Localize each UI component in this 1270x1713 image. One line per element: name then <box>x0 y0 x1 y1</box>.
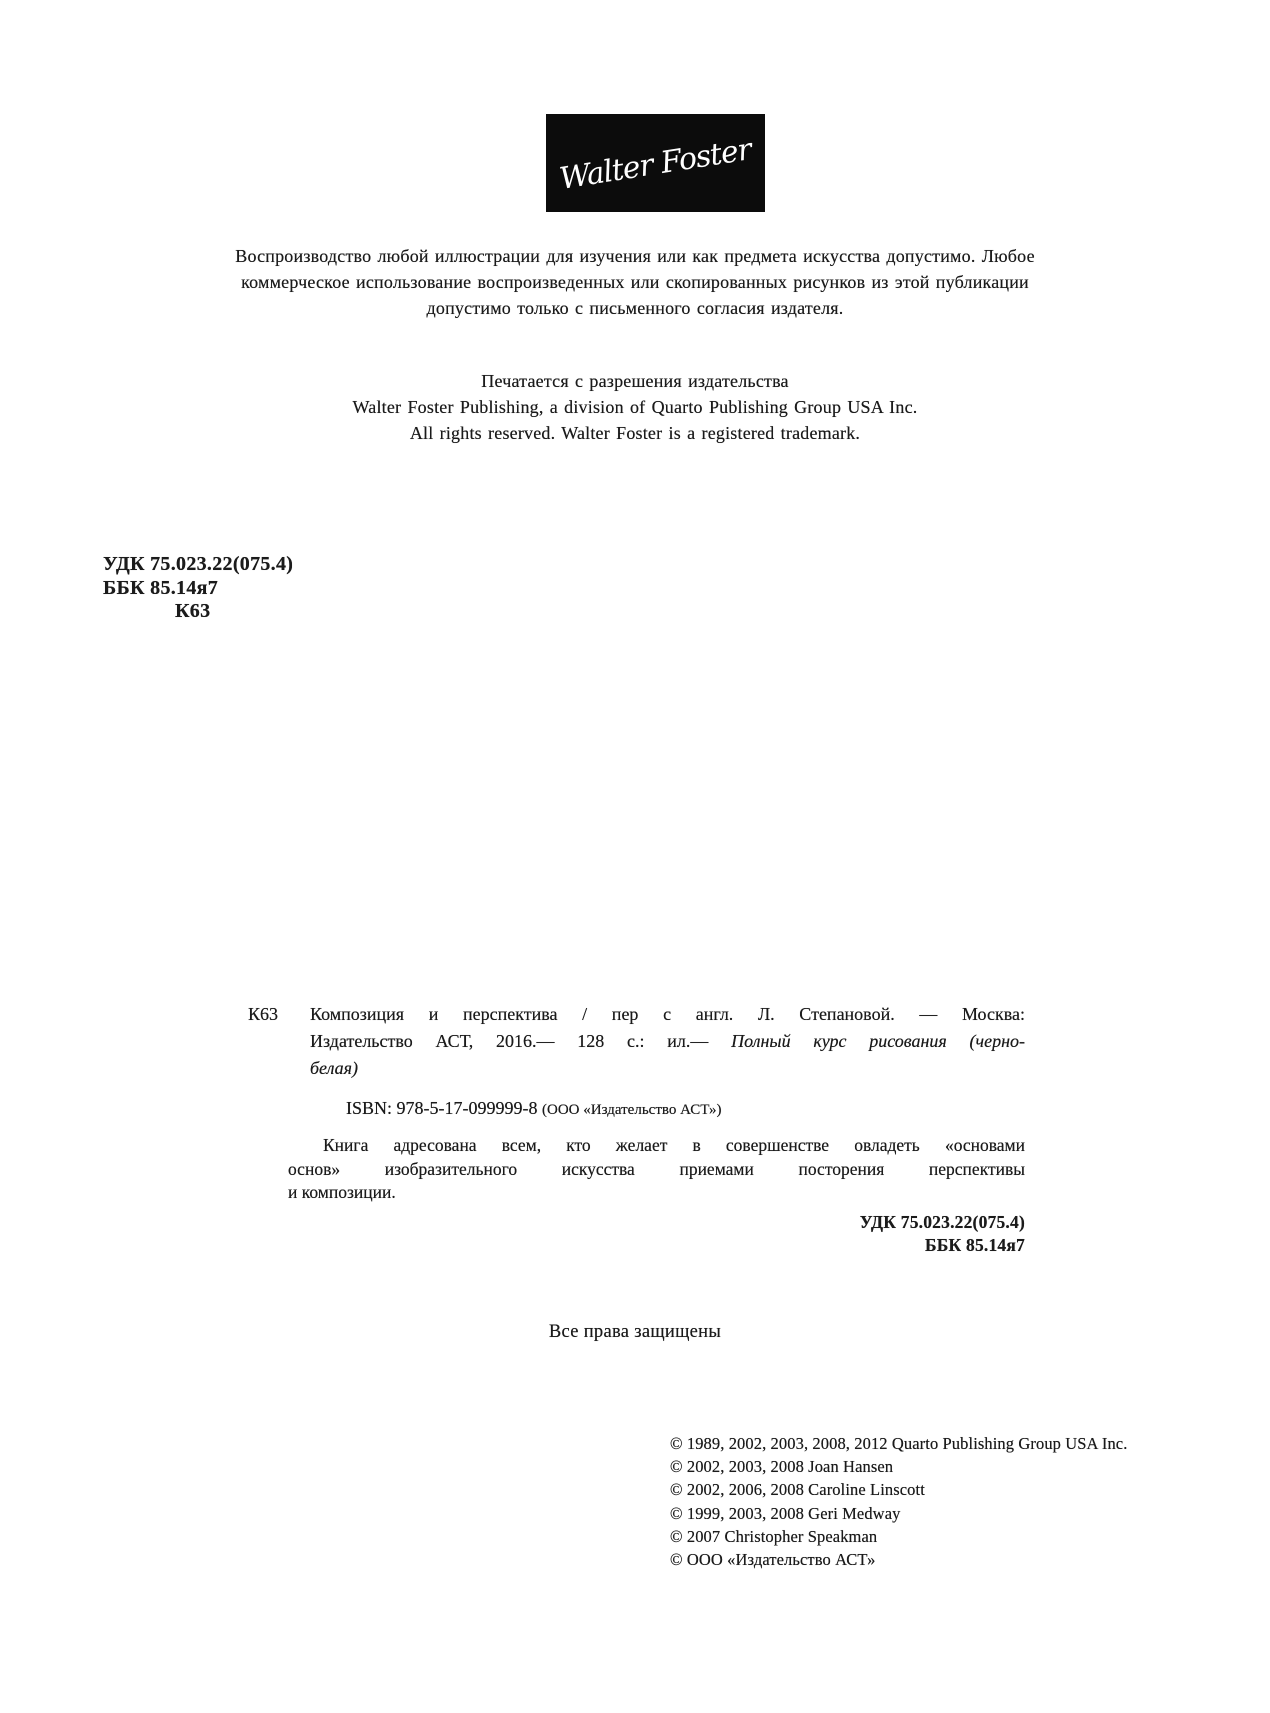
annotation: Книга адресована всем, кто желает в сове… <box>288 1134 1025 1205</box>
rights-reserved-note: Все права защищены <box>0 1322 1270 1343</box>
series-title: Полный курс рисования (черно- <box>731 1031 1025 1051</box>
permission-notice-line: допустимо только с письменного согласия … <box>115 296 1155 322</box>
copyright-list: © 1989, 2002, 2003, 2008, 2012 Quarto Pu… <box>670 1432 1127 1571</box>
copyright-line: © 2002, 2006, 2008 Caroline Linscott <box>670 1478 1127 1501</box>
series-title-continued: белая) <box>310 1058 358 1078</box>
udk-right-block: УДК 75.023.22(075.4) ББК 85.14я7 <box>248 1211 1025 1257</box>
isbn-publisher: (ООО «Издательство АСТ») <box>542 1102 721 1118</box>
record-line: Издательство АСТ, 2016.— 128 с.: ил.— По… <box>310 1028 1025 1055</box>
isbn-number: ISBN: 978-5-17-099999-8 <box>346 1098 542 1118</box>
walter-foster-logo: Walter Foster <box>546 114 765 212</box>
annotation-line: основ» изобразительного искусства приема… <box>288 1158 1025 1182</box>
walter-foster-logo-text: Walter Foster <box>557 132 756 197</box>
record-line: белая) <box>310 1055 1025 1082</box>
bbk-number: ББК 85.14я7 <box>103 577 293 601</box>
author-sign: К63 <box>103 600 293 624</box>
permission-notice-line: коммерческое использование воспроизведен… <box>115 270 1155 296</box>
record-line: Композиция и перспектива / пер с англ. Л… <box>310 1001 1025 1028</box>
annotation-line: и композиции. <box>288 1181 1025 1205</box>
record-text: Издательство АСТ, 2016.— 128 с.: ил.— <box>310 1031 731 1051</box>
copyright-line: © 1989, 2002, 2003, 2008, 2012 Quarto Pu… <box>670 1432 1127 1455</box>
udk-number-right: УДК 75.023.22(075.4) <box>248 1211 1025 1234</box>
annotation-line: Книга адресована всем, кто желает в сове… <box>288 1134 1025 1158</box>
bbk-number-right: ББК 85.14я7 <box>248 1234 1025 1257</box>
copyright-line: © ООО «Издательство АСТ» <box>670 1548 1127 1571</box>
printing-permission-line: Печатается с разрешения издательства <box>115 369 1155 395</box>
printing-permission-line: Walter Foster Publishing, a division of … <box>115 395 1155 421</box>
catalog-card: К63 Композиция и перспектива / пер с анг… <box>248 1001 1025 1257</box>
permission-notice-line: Воспроизводство любой иллюстрации для из… <box>115 244 1155 270</box>
walter-foster-logo-art: Walter Foster <box>546 114 765 212</box>
udk-number: УДК 75.023.22(075.4) <box>103 553 293 577</box>
printing-permission-line: All rights reserved. Walter Foster is a … <box>115 421 1155 447</box>
copyright-line: © 2007 Christopher Speakman <box>670 1525 1127 1548</box>
copyright-page: Walter Foster Воспроизводство любой иллю… <box>0 0 1270 1713</box>
isbn-line: ISBN: 978-5-17-099999-8 (ООО «Издательст… <box>346 1096 1025 1122</box>
copyright-line: © 2002, 2003, 2008 Joan Hansen <box>670 1455 1127 1478</box>
copyright-line: © 1999, 2003, 2008 Geri Medway <box>670 1502 1127 1525</box>
catalog-code: К63 <box>248 1001 278 1028</box>
bibliographic-record: К63 Композиция и перспектива / пер с анг… <box>310 1001 1025 1082</box>
printing-permission-note: Печатается с разрешения издательства Wal… <box>115 369 1155 446</box>
permission-notice: Воспроизводство любой иллюстрации для из… <box>115 244 1155 321</box>
udk-classification-block: УДК 75.023.22(075.4) ББК 85.14я7 К63 <box>103 553 293 624</box>
